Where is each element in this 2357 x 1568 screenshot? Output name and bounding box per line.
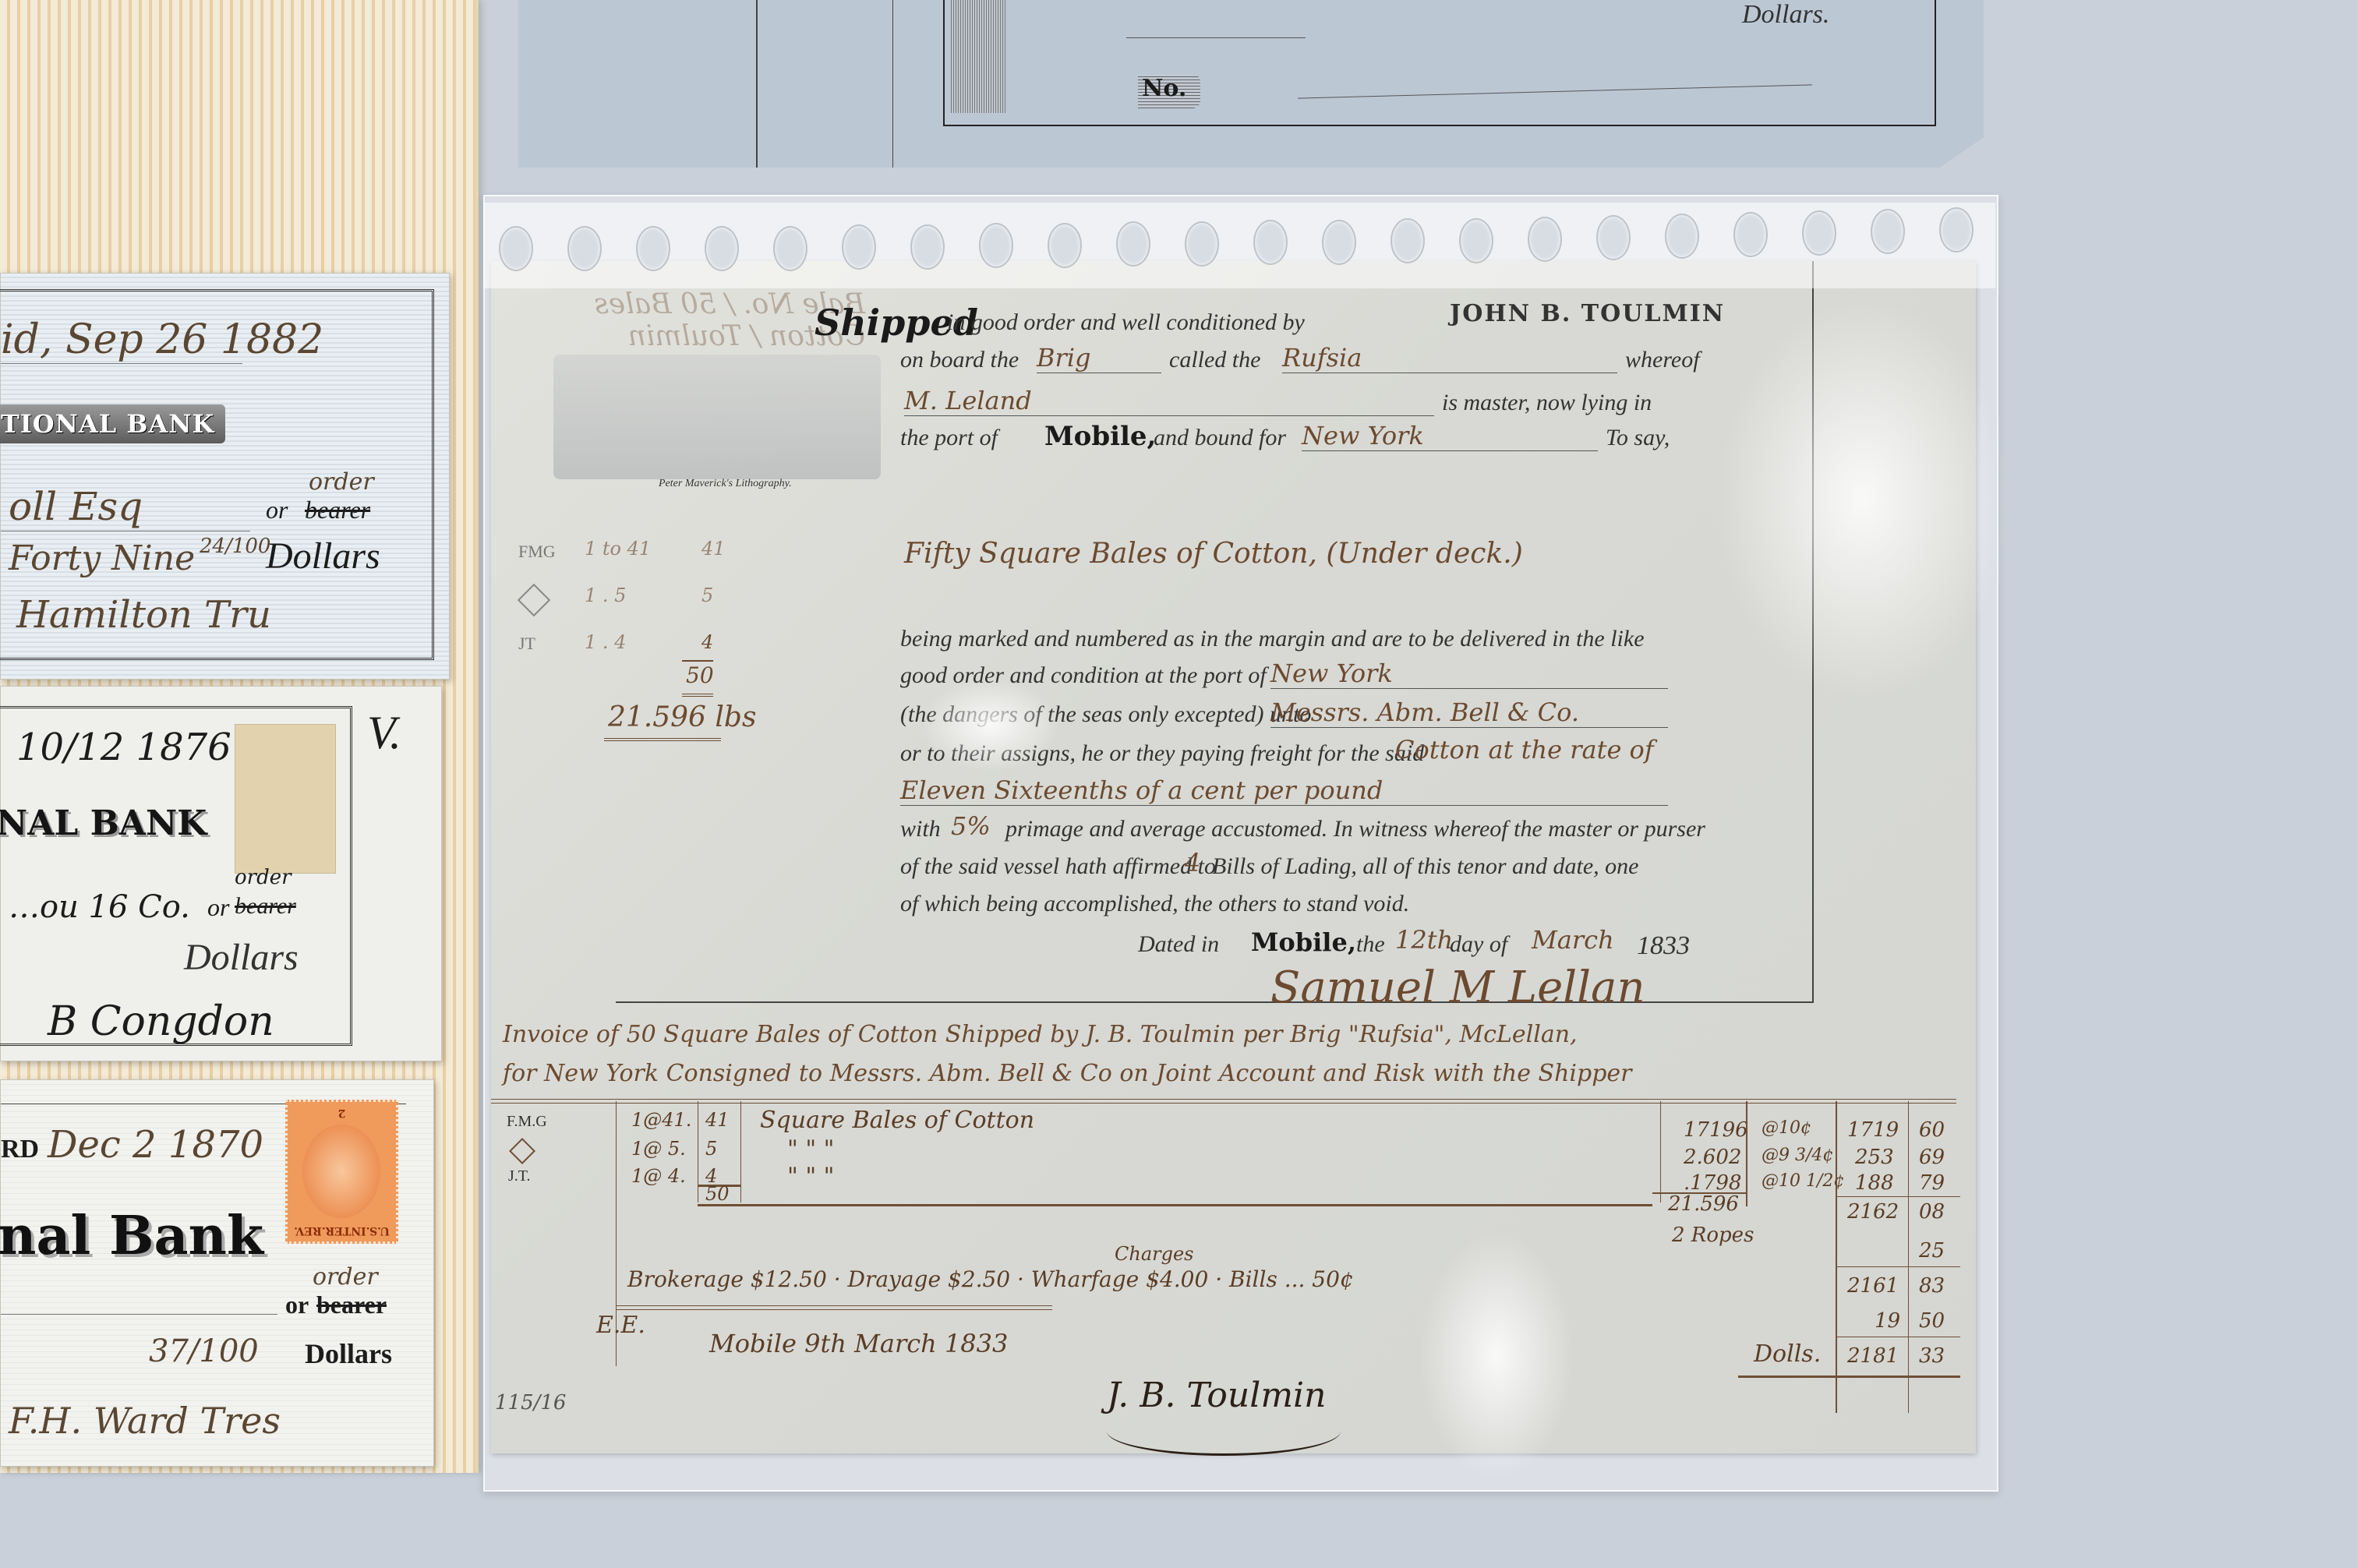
col-rule xyxy=(1660,1101,1661,1202)
day-of-label: day of xyxy=(1450,931,1507,958)
row-cents: 69 xyxy=(1919,1146,1945,1169)
lading-line-2a: on board the xyxy=(900,347,1019,373)
row-rate: @10¢ xyxy=(1762,1118,1811,1138)
row-cents: 79 xyxy=(1919,1171,1945,1195)
col-rule xyxy=(1746,1101,1747,1206)
grand-total-dollars: 2181 xyxy=(1847,1344,1899,1368)
place-fragment: RD xyxy=(1,1135,39,1164)
payee-name: oll Esq xyxy=(9,484,143,529)
stamp-top-text: U.S.INTER.REV. xyxy=(294,1224,390,1237)
punch-hole xyxy=(1802,210,1836,256)
day: 12th xyxy=(1395,925,1453,955)
cheque-1870: RD Dec 2 1870 U.S.INTER.REV. 2 nal Bank … xyxy=(0,1079,434,1467)
row-weight: 2.602 xyxy=(1684,1146,1741,1169)
diamond-l-mark-icon xyxy=(509,1138,535,1164)
form-divider xyxy=(892,0,893,168)
bank-name: NAL BANK xyxy=(0,803,207,843)
stamp-removed-area xyxy=(235,724,336,874)
ship-vignette xyxy=(951,0,1005,113)
month: March xyxy=(1532,925,1614,955)
col-rule xyxy=(1908,1101,1909,1413)
row-weight: 17196 xyxy=(1684,1118,1748,1142)
lading-body-6b: Bills of Lading, all of this tenor and d… xyxy=(1212,853,1639,880)
cheque-date: id, Sep 26 1882 xyxy=(1,316,323,363)
bearer-struck: bearer xyxy=(316,1291,387,1319)
freight-goods: Cotton at the rate of xyxy=(1395,735,1654,765)
diamond-l-mark-icon xyxy=(518,584,550,616)
punch-hole xyxy=(842,224,876,270)
mirrored-ink-bleed: Bale No. / 50 Bales Cotton / Toulmin xyxy=(499,288,865,352)
the-label: the xyxy=(1356,931,1385,958)
punch-hole xyxy=(1528,217,1562,262)
signature: F.H. Ward Tres xyxy=(9,1400,281,1442)
col-rule xyxy=(698,1101,698,1202)
signature-flourish xyxy=(1107,1407,1341,1456)
charges-dollars: 19 xyxy=(1875,1309,1900,1333)
mark-fmg-count: 41 xyxy=(701,538,726,560)
lading-body-2: good order and condition at the port of xyxy=(900,662,1267,689)
or-label: or xyxy=(266,496,288,524)
cheque-1876: 10/12 1876 V. NAL BANK …ou 16 Co. or bea… xyxy=(0,686,442,1061)
punch-hole xyxy=(910,224,945,270)
bills-count: 4 xyxy=(1185,848,1200,878)
revenue-stamp: U.S.INTER.REV. 2 xyxy=(285,1100,398,1244)
master-name: M. Leland xyxy=(904,386,1434,416)
order-word: order xyxy=(309,468,374,496)
signature: Hamilton Tru xyxy=(16,593,271,637)
subtotal-cents: 08 xyxy=(1919,1200,1945,1224)
punch-hole xyxy=(1185,221,1219,267)
total-cents: 83 xyxy=(1919,1274,1945,1298)
row-qty: 1@41. xyxy=(631,1109,691,1131)
punch-hole xyxy=(1391,218,1425,263)
punch-hole xyxy=(979,223,1013,268)
dolls-label: Dolls. xyxy=(1754,1340,1821,1368)
row-cents: 60 xyxy=(1919,1118,1945,1142)
dollars-label: Dollars xyxy=(305,1337,392,1370)
line xyxy=(1126,37,1306,38)
payee-name: …ou 16 Co. xyxy=(9,889,190,925)
marks-total-bales: 50 xyxy=(686,662,714,688)
bill-of-lading: Bale No. / 50 Bales Cotton / Toulmin Pet… xyxy=(491,261,1976,1453)
amount-words: Forty Nine xyxy=(9,539,195,578)
row-qty: 1@ 4. xyxy=(631,1165,686,1187)
date-rule xyxy=(1,363,242,364)
charges-cents: 50 xyxy=(1919,1309,1945,1333)
total-weight: 21.596 lbs xyxy=(608,701,756,733)
double-rule xyxy=(682,694,713,697)
bearer-struck: bearer xyxy=(305,496,370,524)
lithographer-credit: Peter Maverick's Lithography. xyxy=(659,478,792,490)
ship-harbor-vignette xyxy=(553,355,881,479)
sum-rule xyxy=(682,660,713,662)
master-signature: Samuel M Lellan xyxy=(1270,962,1645,1013)
consignee: Messrs. Abm. Bell & Co. xyxy=(1270,697,1668,728)
year: 1833 xyxy=(1637,931,1690,961)
lading-body-4: or to their assigns, he or they paying f… xyxy=(900,740,1424,767)
or-label: or xyxy=(285,1291,309,1319)
lading-body-3: (the dangers of the seas only excepted) … xyxy=(900,701,1311,728)
dollars-label: Dollars xyxy=(184,936,299,979)
punch-hole xyxy=(1939,207,1974,253)
punch-hole xyxy=(1322,220,1356,265)
delivery-port: New York xyxy=(1270,659,1668,689)
total-dollars: 2161 xyxy=(1847,1274,1899,1298)
row-dollars: 1719 xyxy=(1847,1118,1899,1142)
punch-hole xyxy=(1733,212,1768,257)
row-weight: .1798 xyxy=(1684,1171,1741,1195)
bank-name-banner: TIONAL BANK xyxy=(0,404,225,443)
mark-l-count: 5 xyxy=(701,584,713,606)
punch-hole xyxy=(1596,215,1631,260)
cheque-date: Dec 2 1870 xyxy=(48,1123,263,1167)
mark-l-range: 1 . 5 xyxy=(585,584,626,606)
order-word: order xyxy=(313,1263,378,1291)
lading-line-4a: the port of xyxy=(900,425,998,451)
cheque-1882: id, Sep 26 1882 TIONAL BANK oll Esq orde… xyxy=(0,273,450,680)
dollars-label: Dollars xyxy=(266,535,380,577)
destination-port: New York xyxy=(1302,421,1598,451)
vessel-type: Brig xyxy=(1037,343,1161,373)
check-mark-v: V. xyxy=(367,706,401,760)
cheque-date: 10/12 1876 xyxy=(16,726,231,769)
punch-hole xyxy=(773,226,807,271)
total-bales: 50 xyxy=(705,1183,730,1205)
stamp-denomination: 2 xyxy=(338,1107,346,1119)
row-mark: J.T. xyxy=(508,1167,531,1185)
punch-hole xyxy=(1871,209,1905,254)
punch-hole xyxy=(636,226,670,271)
sum-rule xyxy=(1836,1196,1960,1197)
amount-fraction: 37/100 xyxy=(149,1333,259,1369)
mark-jt: JT xyxy=(518,634,535,654)
amount-fraction: 24/100 xyxy=(200,535,270,558)
payee-rule xyxy=(1,1314,277,1315)
number-label: No. xyxy=(1142,75,1186,102)
order-word: order xyxy=(235,866,292,889)
col-rule xyxy=(740,1101,741,1202)
punch-hole xyxy=(499,226,533,271)
mark-jt-range: 1 . 4 xyxy=(585,631,626,653)
row-qty: 1@ 5. xyxy=(631,1138,686,1160)
lading-line-1: in good order and well conditioned by xyxy=(947,309,1305,336)
lading-body-5b: primage and average accustomed. In witne… xyxy=(1005,816,1705,842)
stamp-portrait xyxy=(303,1125,381,1219)
row-desc: Square Bales of Cotton xyxy=(760,1107,1034,1134)
mark-fmg: FMG xyxy=(518,542,556,562)
row-bales: 41 xyxy=(705,1109,730,1131)
dated-label: Dated in xyxy=(1138,931,1219,958)
row-desc: " " " xyxy=(787,1163,834,1190)
ropes-cents: 25 xyxy=(1919,1239,1945,1263)
charges-line: Brokerage $12.50 · Drayage $2.50 · Wharf… xyxy=(627,1266,1354,1292)
punch-hole xyxy=(1048,223,1082,268)
lading-body-1: being marked and numbered as in the marg… xyxy=(900,626,1645,652)
blue-form-top: No. Dollars. xyxy=(518,0,1984,168)
charges-rule xyxy=(616,1305,1052,1310)
table-bottom-rule xyxy=(698,1204,1652,1206)
punch-hole xyxy=(1665,214,1699,259)
lading-body-6a: of the said vessel hath affirmed to xyxy=(900,853,1216,880)
row-bales: 5 xyxy=(705,1138,717,1160)
freight-rate: Eleven Sixteenths of a cent per pound xyxy=(900,775,1668,806)
punch-hole xyxy=(705,226,739,271)
shipper-name-printed: JOHN B. TOULMIN xyxy=(1450,300,1725,327)
lading-line-2b: called the xyxy=(1169,347,1260,373)
invoice-header-rule xyxy=(491,1099,1956,1104)
ee-label: E.E. xyxy=(596,1312,645,1339)
row-dollars: 253 xyxy=(1855,1146,1894,1169)
invoice-date-line: Mobile 9th March 1833 xyxy=(709,1329,1008,1358)
dated-place: Mobile, xyxy=(1251,927,1356,957)
primage: 5% xyxy=(951,811,991,841)
payee-rule xyxy=(1,531,250,531)
port-of-loading: Mobile, xyxy=(1044,421,1156,452)
archive-mark: 115/16 xyxy=(495,1391,566,1414)
sum-rule xyxy=(1836,1266,1960,1267)
signature: B Congdon xyxy=(48,998,274,1045)
invoice-heading-line-1: Invoice of 50 Square Bales of Cotton Shi… xyxy=(503,1021,1578,1048)
sleeve-punch-strip xyxy=(483,203,1995,288)
punch-hole xyxy=(1459,218,1493,263)
form-divider xyxy=(756,0,758,168)
lading-line-4b: and bound for xyxy=(1154,425,1286,451)
col-rule xyxy=(1836,1101,1837,1413)
grand-total-rule xyxy=(1738,1376,1960,1378)
charges-label: Charges xyxy=(1115,1243,1193,1265)
lading-line-4c: To say, xyxy=(1606,425,1670,451)
dollars-label: Dollars. xyxy=(1742,0,1829,30)
double-rule xyxy=(604,738,721,741)
invoice-heading-line-2: for New York Consigned to Messrs. Abm. B… xyxy=(503,1060,1632,1087)
punch-hole xyxy=(1253,220,1288,265)
total-weight: 21.596 xyxy=(1668,1192,1739,1216)
vessel-name: Rufsia xyxy=(1282,343,1617,373)
cargo-description: Fifty Square Bales of Cotton, (Under dec… xyxy=(904,538,1523,570)
subtotal-dollars: 2162 xyxy=(1847,1200,1899,1224)
bearer-struck: bearer xyxy=(235,893,296,920)
ropes-label: 2 Ropes xyxy=(1672,1224,1754,1247)
punch-hole xyxy=(567,226,602,271)
lading-line-2c: whereof xyxy=(1625,347,1700,373)
lading-body-5a: with xyxy=(900,816,941,842)
row-desc: " " " xyxy=(787,1135,834,1163)
bank-name: nal Bank xyxy=(0,1205,263,1267)
mark-fmg-range: 1 to 41 xyxy=(585,538,651,560)
sum-rule xyxy=(1836,1337,1960,1337)
or-label: or xyxy=(207,893,229,922)
grand-total-cents: 33 xyxy=(1919,1344,1945,1368)
mark-jt-count: 4 xyxy=(701,631,713,653)
punch-hole xyxy=(1116,221,1150,267)
row-rate: @10 1/2¢ xyxy=(1762,1171,1844,1191)
row-mark: F.M.G xyxy=(507,1113,547,1131)
row-rate: @9 3/4¢ xyxy=(1762,1146,1833,1165)
lading-line-3: is master, now lying in xyxy=(1442,390,1652,416)
row-dollars: 188 xyxy=(1855,1171,1894,1195)
lading-body-7: of which being accomplished, the others … xyxy=(900,891,1409,917)
